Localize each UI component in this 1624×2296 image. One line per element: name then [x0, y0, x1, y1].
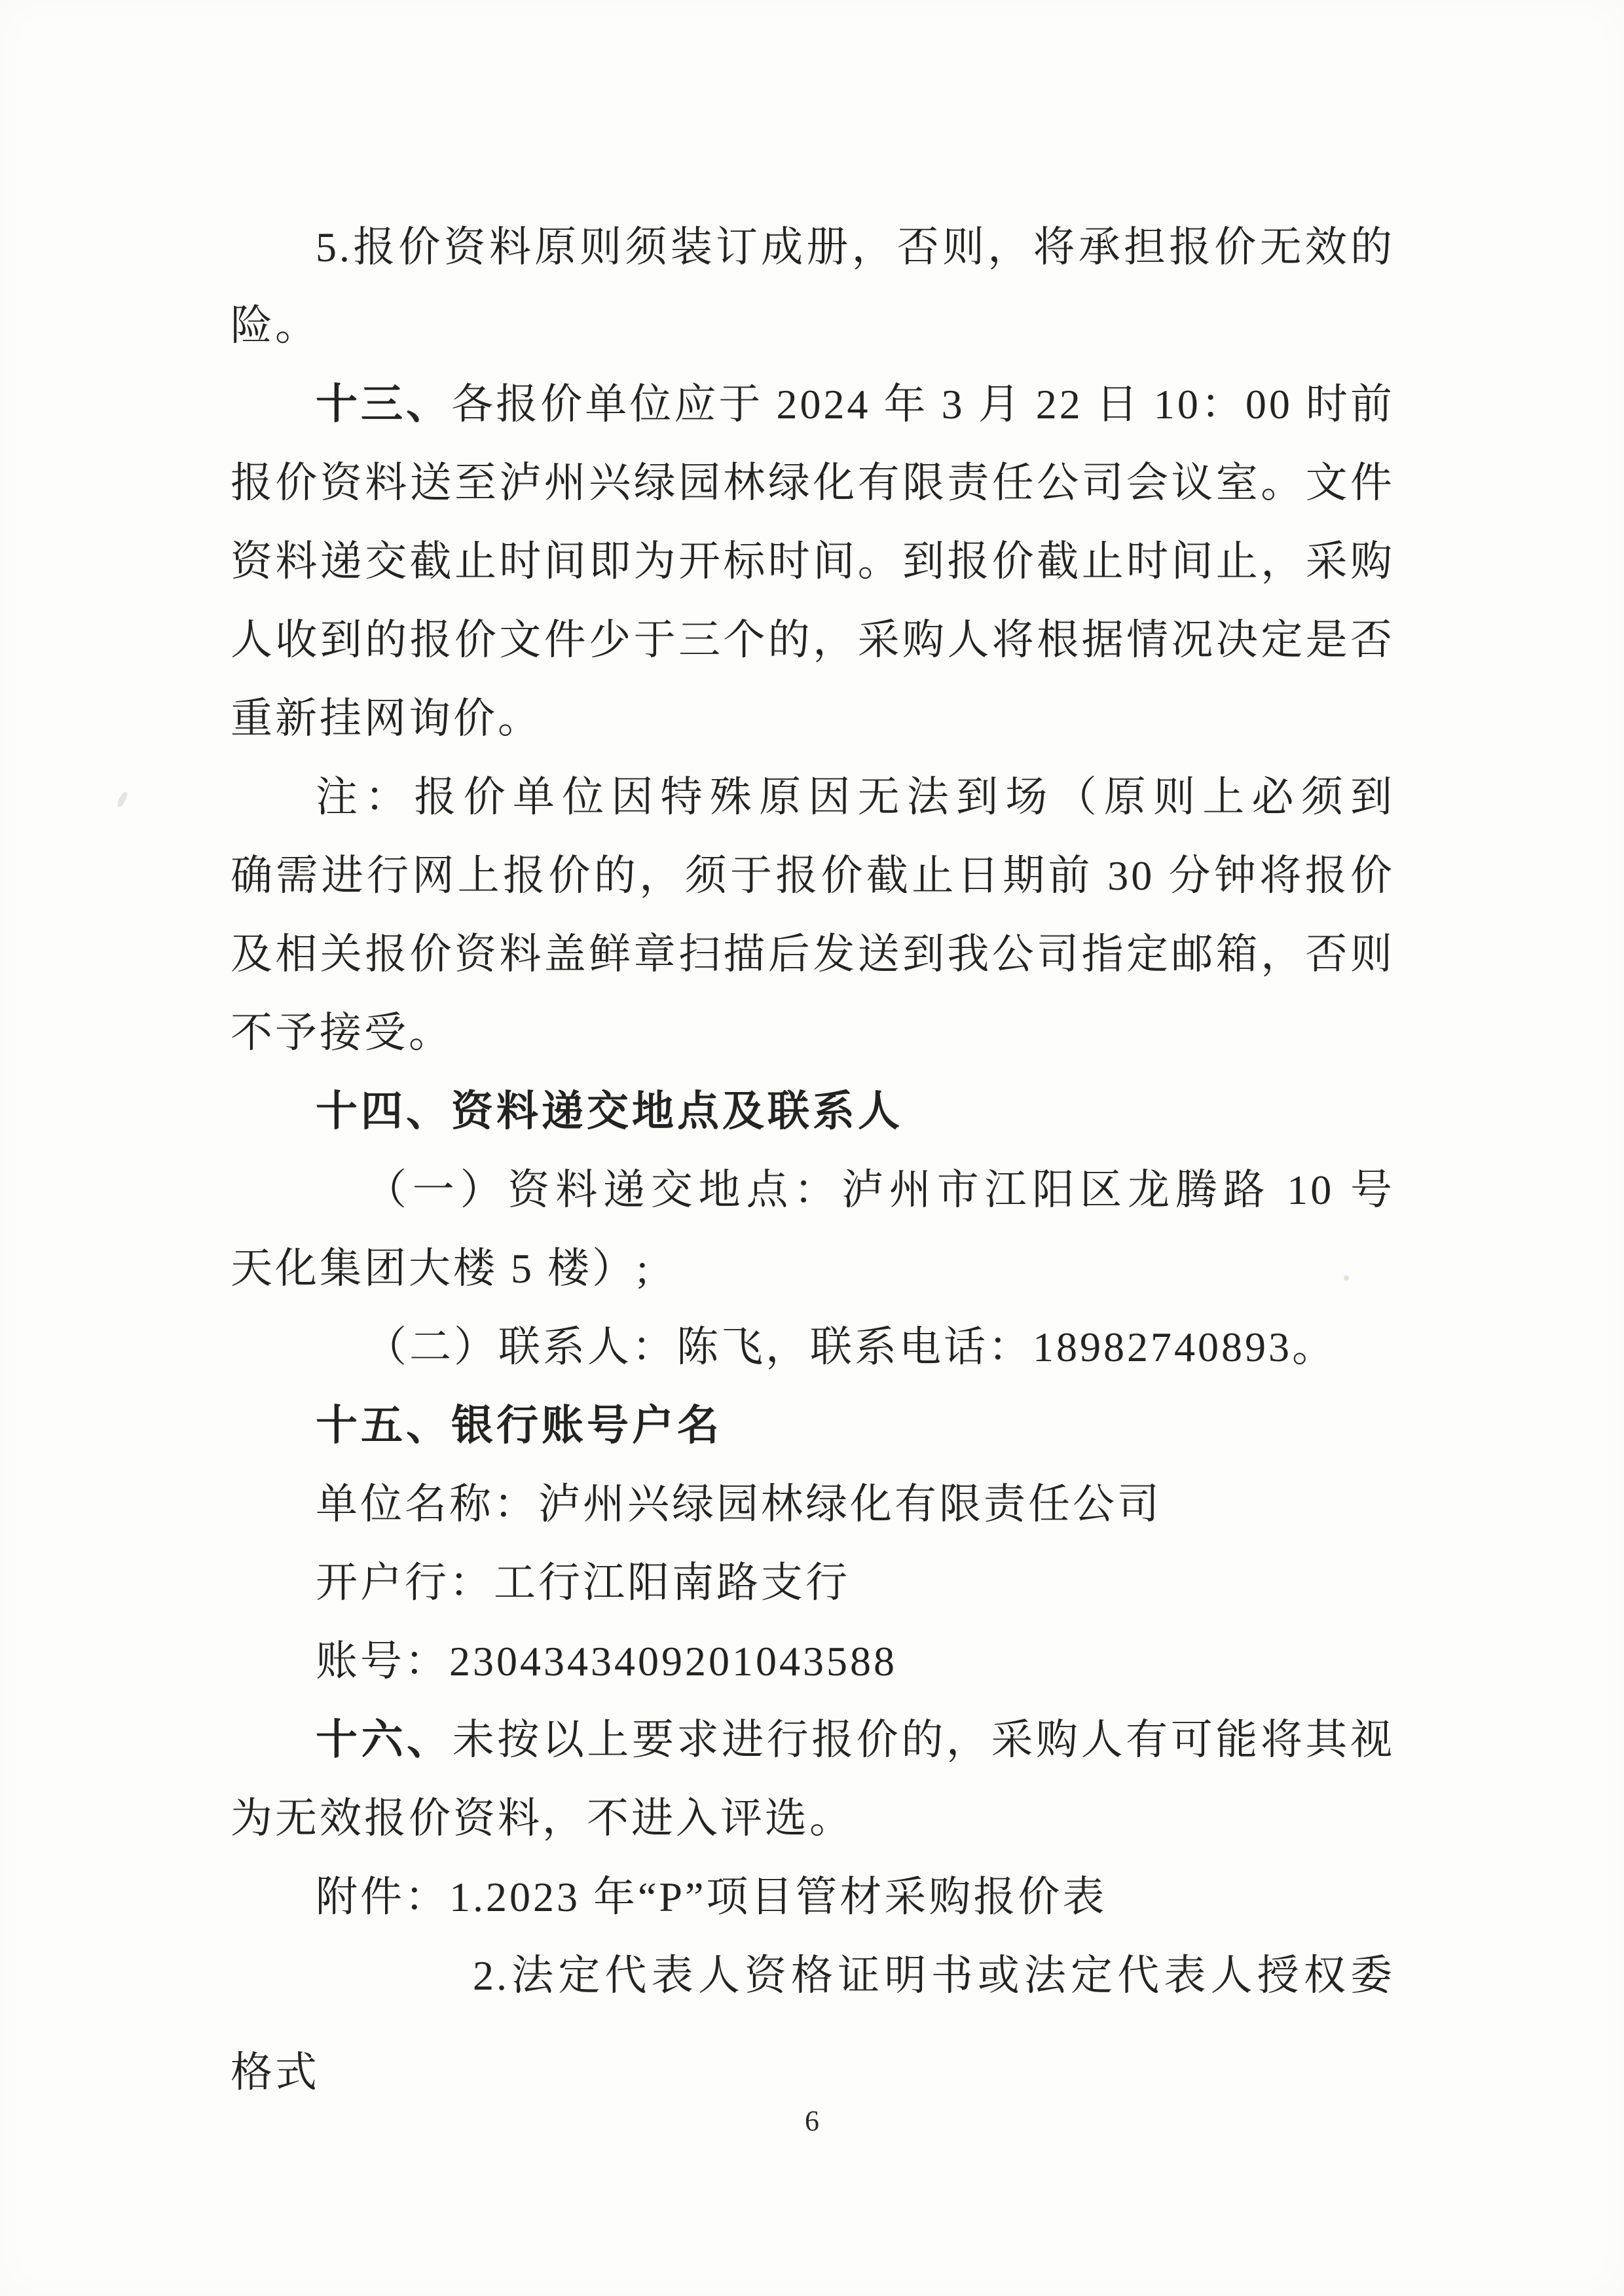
- document-body: 5.报价资料原则须装订成册，否则，将承担报价无效的风险。十三、各报价单位应于 2…: [231, 208, 1395, 2112]
- text-segment: 未按以上要求进行报价的，采购人有可能将其视: [452, 1717, 1395, 1763]
- text-segment: 确需进行网上报价的，须于报价截止日期前 30 分钟将报价表: [231, 852, 1395, 915]
- text-line-9: 确需进行网上报价的，须于报价截止日期前 30 分钟将报价表: [231, 837, 1395, 915]
- text-line-17: 单位名称：泸州兴绿园林绿化有限责任公司: [231, 1465, 1395, 1544]
- clause-heading-segment: 十五、银行账号户名: [316, 1402, 722, 1450]
- document-page: 5.报价资料原则须装订成册，否则，将承担报价无效的风险。十三、各报价单位应于 2…: [0, 0, 1624, 2296]
- text-segment: 及相关报价资料盖鲜章扫描后发送到我公司指定邮箱，否则: [231, 931, 1395, 977]
- text-segment: 单位名称：泸州兴绿园林绿化有限责任公司: [316, 1481, 1162, 1527]
- text-segment: 报价资料送至泸州兴绿园林绿化有限责任公司会议室。文件: [231, 460, 1395, 506]
- text-segment: 2.法定代表人资格证明书或法定代表人授权委托书: [231, 1952, 1395, 2015]
- text-line-2: 险。: [231, 287, 1395, 365]
- text-line-15: （二）联系人：陈飞，联系电话：18982740893。: [231, 1308, 1395, 1387]
- text-line-3: 十三、各报价单位应于 2024 年 3 月 22 日 10：00 时前将: [231, 365, 1395, 444]
- text-segment: 重新挂网询价。: [231, 695, 542, 742]
- text-segment: 附件：1.2023 年“P”项目管材采购报价表: [316, 1874, 1107, 1920]
- text-line-20: 十六、未按以上要求进行报价的，采购人有可能将其视: [231, 1701, 1395, 1779]
- text-line-21: 为无效报价资料，不进入评选。: [231, 1779, 1395, 1858]
- text-line-7: 重新挂网询价。: [231, 680, 1395, 758]
- text-segment: 不予接受。: [231, 1010, 453, 1056]
- text-line-4: 报价资料送至泸州兴绿园林绿化有限责任公司会议室。文件: [231, 444, 1395, 522]
- text-segment: （一）资料递交地点：泸州市江阳区龙腾路 10 号（泸: [231, 1167, 1395, 1230]
- text-line-19: 账号：2304343409201043588: [231, 1622, 1395, 1701]
- text-segment: 格式: [231, 2049, 320, 2096]
- text-segment: 人收到的报价文件少于三个的，采购人将根据情况决定是否: [231, 617, 1395, 663]
- scan-speckle: [115, 790, 129, 809]
- text-line-12: 十四、资料递交地点及联系人: [231, 1072, 1395, 1151]
- text-line-6: 人收到的报价文件少于三个的，采购人将根据情况决定是否: [231, 601, 1395, 680]
- scan-speckle: [1344, 1275, 1349, 1281]
- text-segment: 注：报价单位因特殊原因无法到场（原则上必须到场），: [231, 774, 1395, 837]
- text-segment: 天化集团大楼 5 楼）;: [231, 1245, 651, 1292]
- text-line-18: 开户行：工行江阳南路支行: [231, 1544, 1395, 1622]
- text-segment: 资料递交截止时间即为开标时间。到报价截止时间止，采购: [231, 538, 1395, 585]
- text-line-10: 及相关报价资料盖鲜章扫描后发送到我公司指定邮箱，否则: [231, 915, 1395, 994]
- clause-heading-segment: 十四、资料递交地点及联系人: [316, 1087, 903, 1136]
- text-line-22: 附件：1.2023 年“P”项目管材采购报价表: [231, 1858, 1395, 1937]
- page-number: 6: [0, 2098, 1624, 2144]
- clause-heading-segment: 十六、: [316, 1716, 452, 1764]
- text-segment: 5.报价资料原则须装订成册，否则，将承担报价无效的风: [231, 224, 1395, 287]
- text-line-1: 5.报价资料原则须装订成册，否则，将承担报价无效的风: [231, 208, 1395, 287]
- clause-heading-segment: 十三、: [316, 380, 451, 429]
- text-segment: 账号：2304343409201043588: [316, 1638, 897, 1685]
- text-line-23: 2.法定代表人资格证明书或法定代表人授权委托书: [231, 1937, 1395, 2015]
- text-line-11: 不予接受。: [231, 994, 1395, 1072]
- text-segment: （二）联系人：陈飞，联系电话：18982740893。: [365, 1324, 1337, 1370]
- text-line-16: 十五、银行账号户名: [231, 1387, 1395, 1465]
- text-line-5: 资料递交截止时间即为开标时间。到报价截止时间止，采购: [231, 522, 1395, 601]
- text-line-13: （一）资料递交地点：泸州市江阳区龙腾路 10 号（泸: [231, 1151, 1395, 1230]
- text-line-8: 注：报价单位因特殊原因无法到场（原则上必须到场），: [231, 758, 1395, 837]
- text-segment: 开户行：工行江阳南路支行: [316, 1559, 850, 1606]
- text-segment: 险。: [231, 302, 320, 349]
- text-line-14: 天化集团大楼 5 楼）;: [231, 1230, 1395, 1308]
- text-segment: 为无效报价资料，不进入评选。: [231, 1795, 854, 1842]
